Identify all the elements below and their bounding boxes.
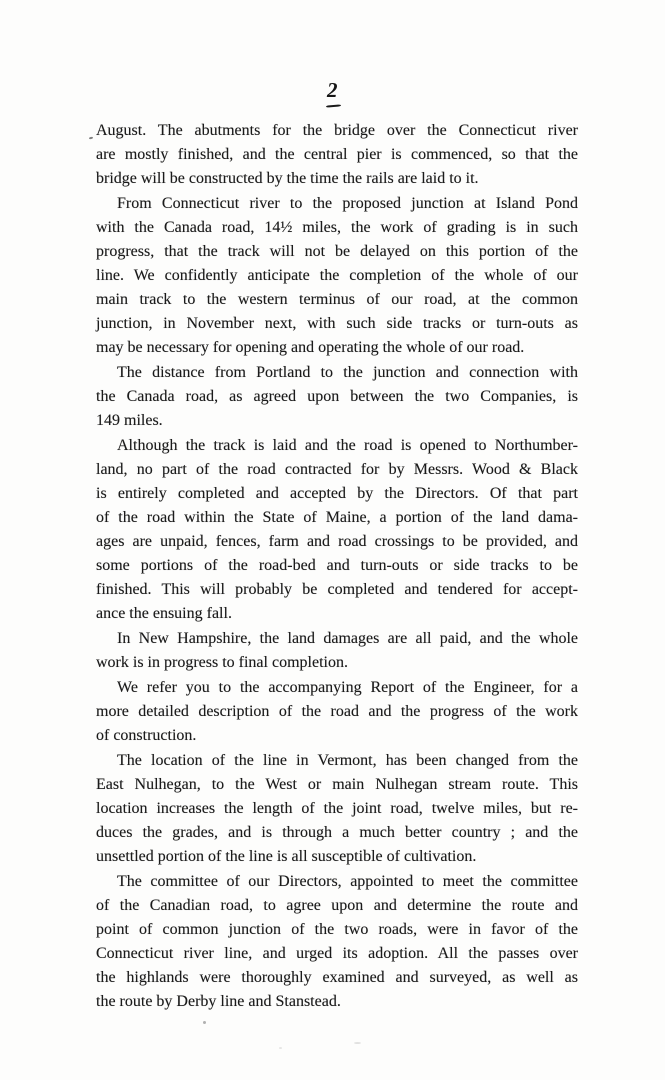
scan-speck xyxy=(279,1047,282,1049)
text-line: From Connecticut river to the proposed j… xyxy=(96,192,578,216)
text-line: of the road within the State of Maine, a… xyxy=(96,506,578,530)
text-line: In New Hampshire, the land damages are a… xyxy=(96,627,578,651)
text-line: The committee of our Directors, appointe… xyxy=(96,870,578,894)
text-line: line. We confidently anticipate the comp… xyxy=(96,264,578,288)
paragraph: The location of the line in Vermont, has… xyxy=(96,749,578,869)
text-line: The distance from Portland to the juncti… xyxy=(96,361,578,385)
text-line: are mostly finished, and the central pie… xyxy=(96,143,578,167)
paragraph: The committee of our Directors, appointe… xyxy=(96,870,578,1014)
text-line: duces the grades, and is through a much … xyxy=(96,821,578,845)
text-line: the highlands were thoroughly examined a… xyxy=(96,966,578,990)
scanned-page: 2 August. The abutments for the bridge o… xyxy=(0,0,665,1080)
text-line: ages are unpaid, fences, farm and road c… xyxy=(96,530,578,554)
paragraph: From Connecticut river to the proposed j… xyxy=(96,192,578,360)
text-line: the route by Derby line and Stanstead. xyxy=(96,990,578,1014)
text-line: The location of the line in Vermont, has… xyxy=(96,749,578,773)
text-line: may be necessary for opening and operati… xyxy=(96,336,578,360)
text-line: work is in progress to final completion. xyxy=(96,651,578,675)
text-line: 149 miles. xyxy=(96,409,578,433)
text-line: location increases the length of the joi… xyxy=(96,797,578,821)
text-line: the Canada road, as agreed upon between … xyxy=(96,385,578,409)
text-line: of construction. xyxy=(96,724,578,748)
text-line: unsettled portion of the line is all sus… xyxy=(96,845,578,869)
paragraph: Although the track is laid and the road … xyxy=(96,434,578,626)
text-block: August. The abutments for the bridge ove… xyxy=(96,119,578,1015)
text-line: bridge will be constructed by the time t… xyxy=(96,167,578,191)
text-line: Although the track is laid and the road … xyxy=(96,434,578,458)
text-line: finished. This will probably be complete… xyxy=(96,578,578,602)
page-number-flourish xyxy=(326,104,341,107)
text-line: Connecticut river line, and urged its ad… xyxy=(96,942,578,966)
text-line: August. The abutments for the bridge ove… xyxy=(96,119,578,143)
paragraph: August. The abutments for the bridge ove… xyxy=(96,119,578,191)
text-line: East Nulhegan, to the West or main Nulhe… xyxy=(96,773,578,797)
paragraph: We refer you to the accompanying Report … xyxy=(96,676,578,748)
text-line: main track to the western terminus of ou… xyxy=(96,288,578,312)
text-line: land, no part of the road contracted for… xyxy=(96,458,578,482)
paragraph: The distance from Portland to the juncti… xyxy=(96,361,578,433)
page-number: 2 xyxy=(0,78,665,103)
text-line: ance the ensuing fall. xyxy=(96,602,578,626)
text-line: point of common junction of the two road… xyxy=(96,918,578,942)
scan-speck xyxy=(203,1021,206,1024)
text-line: is entirely completed and accepted by th… xyxy=(96,482,578,506)
text-line: of the Canadian road, to agree upon and … xyxy=(96,894,578,918)
scan-speck xyxy=(89,137,93,140)
text-line: junction, in November next, with such si… xyxy=(96,312,578,336)
text-line: some portions of the road-bed and turn-o… xyxy=(96,554,578,578)
paragraph: In New Hampshire, the land damages are a… xyxy=(96,627,578,675)
scan-speck xyxy=(354,1042,361,1044)
text-line: with the Canada road, 14½ miles, the wor… xyxy=(96,216,578,240)
text-line: progress, that the track will not be del… xyxy=(96,240,578,264)
text-line: We refer you to the accompanying Report … xyxy=(96,676,578,700)
text-line: more detailed description of the road an… xyxy=(96,700,578,724)
